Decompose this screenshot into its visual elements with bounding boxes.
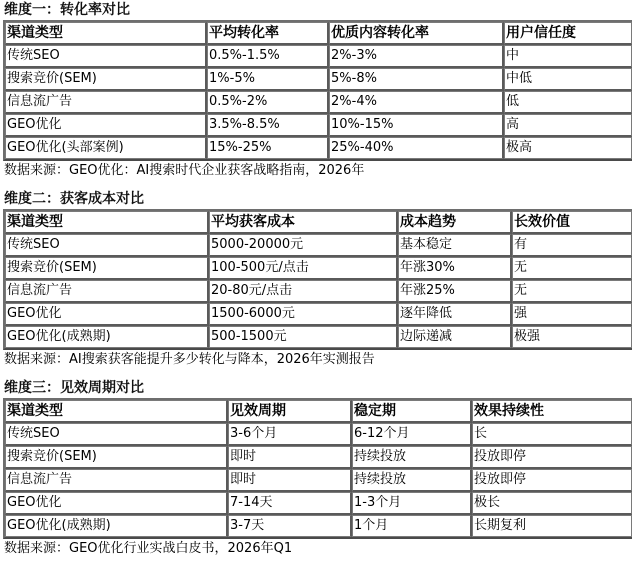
section-conversion-rate: 维度一：转化率对比 渠道类型 平均转化率 优质内容转化率 用户信任度 传统SEO… [0, 0, 632, 181]
table-row: GEO优化 1500-6000元 逐年降低 强 [5, 303, 632, 326]
table-cell: 1-3个月 [352, 492, 472, 515]
section-heading: 维度二：获客成本对比 [0, 189, 632, 209]
table-cell: 25%-40% [329, 137, 504, 159]
table-row: 传统SEO 5000-20000元 基本稳定 有 [5, 234, 632, 257]
column-header: 平均获客成本 [209, 211, 398, 234]
column-header: 用户信任度 [504, 22, 632, 45]
table-cell: 10%-15% [329, 114, 504, 137]
table-cell: 有 [512, 234, 632, 257]
table-row: 搜索竞价(SEM) 即时 持续投放 投放即停 [5, 446, 632, 469]
column-header: 稳定期 [352, 400, 472, 423]
table-cell: GEO优化 [5, 492, 228, 515]
table-cell: 传统SEO [5, 423, 228, 446]
table-cell: 信息流广告 [5, 280, 209, 303]
table-cell: 100-500元/点击 [209, 257, 398, 280]
table-cell: 传统SEO [5, 45, 207, 68]
table-header-row: 渠道类型 平均获客成本 成本趋势 长效价值 [5, 211, 632, 234]
table-cell: 长 [472, 423, 632, 446]
table-cell: 5%-8% [329, 68, 504, 91]
table-cell: 信息流广告 [5, 469, 228, 492]
table-cell: 投放即停 [472, 446, 632, 469]
conversion-rate-table: 渠道类型 平均转化率 优质内容转化率 用户信任度 传统SEO 0.5%-1.5%… [3, 20, 632, 161]
section-heading: 维度三：见效周期对比 [0, 378, 632, 398]
table-cell: 3-7天 [228, 515, 352, 537]
table-cell: 1%-5% [207, 68, 329, 91]
acquisition-cost-table: 渠道类型 平均获客成本 成本趋势 长效价值 传统SEO 5000-20000元 … [3, 209, 632, 350]
table-cell: 无 [512, 257, 632, 280]
table-cell: GEO优化 [5, 114, 207, 137]
column-header: 渠道类型 [5, 22, 207, 45]
section-effect-cycle: 维度三：见效周期对比 渠道类型 见效周期 稳定期 效果持续性 传统SEO 3-6… [0, 378, 632, 559]
table-row: GEO优化(成熟期) 3-7天 1个月 长期复利 [5, 515, 632, 537]
table-cell: 15%-25% [207, 137, 329, 159]
column-header: 渠道类型 [5, 400, 228, 423]
table-row: 搜索竞价(SEM) 100-500元/点击 年涨30% 无 [5, 257, 632, 280]
table-cell: 7-14天 [228, 492, 352, 515]
table-row: 信息流广告 即时 持续投放 投放即停 [5, 469, 632, 492]
table-row: 信息流广告 20-80元/点击 年涨25% 无 [5, 280, 632, 303]
table-cell: 3-6个月 [228, 423, 352, 446]
table-cell: 极强 [512, 326, 632, 348]
table-cell: 5000-20000元 [209, 234, 398, 257]
table-row: 搜索竞价(SEM) 1%-5% 5%-8% 中低 [5, 68, 632, 91]
table-cell: 无 [512, 280, 632, 303]
table-cell: 1500-6000元 [209, 303, 398, 326]
table-cell: 中 [504, 45, 632, 68]
table-cell: 500-1500元 [209, 326, 398, 348]
table-header-row: 渠道类型 见效周期 稳定期 效果持续性 [5, 400, 632, 423]
column-header: 长效价值 [512, 211, 632, 234]
column-header: 成本趋势 [398, 211, 512, 234]
table-row: 传统SEO 0.5%-1.5% 2%-3% 中 [5, 45, 632, 68]
data-source-note: 数据来源：GEO优化行业实战白皮书，2026年Q1 [0, 539, 632, 559]
column-header: 效果持续性 [472, 400, 632, 423]
table-cell: 基本稳定 [398, 234, 512, 257]
table-cell: 搜索竞价(SEM) [5, 446, 228, 469]
table-cell: 中低 [504, 68, 632, 91]
table-cell: 强 [512, 303, 632, 326]
table-cell: 极长 [472, 492, 632, 515]
table-cell: GEO优化 [5, 303, 209, 326]
table-header-row: 渠道类型 平均转化率 优质内容转化率 用户信任度 [5, 22, 632, 45]
table-cell: 长期复利 [472, 515, 632, 537]
table-cell: 6-12个月 [352, 423, 472, 446]
table-row: GEO优化(头部案例) 15%-25% 25%-40% 极高 [5, 137, 632, 159]
table-row: 传统SEO 3-6个月 6-12个月 长 [5, 423, 632, 446]
table-row: GEO优化 3.5%-8.5% 10%-15% 高 [5, 114, 632, 137]
table-cell: 持续投放 [352, 446, 472, 469]
table-cell: 年涨30% [398, 257, 512, 280]
table-cell: 投放即停 [472, 469, 632, 492]
table-cell: 即时 [228, 469, 352, 492]
column-header: 见效周期 [228, 400, 352, 423]
table-cell: GEO优化(头部案例) [5, 137, 207, 159]
data-source-note: 数据来源：AI搜索获客能提升多少转化与降本，2026年实测报告 [0, 350, 632, 370]
section-heading: 维度一：转化率对比 [0, 0, 632, 20]
table-cell: 逐年降低 [398, 303, 512, 326]
column-header: 平均转化率 [207, 22, 329, 45]
table-cell: 2%-3% [329, 45, 504, 68]
table-cell: 搜索竞价(SEM) [5, 68, 207, 91]
section-acquisition-cost: 维度二：获客成本对比 渠道类型 平均获客成本 成本趋势 长效价值 传统SEO 5… [0, 189, 632, 370]
table-row: 信息流广告 0.5%-2% 2%-4% 低 [5, 91, 632, 114]
table-cell: 低 [504, 91, 632, 114]
table-cell: 3.5%-8.5% [207, 114, 329, 137]
table-row: GEO优化 7-14天 1-3个月 极长 [5, 492, 632, 515]
table-cell: 2%-4% [329, 91, 504, 114]
table-cell: 年涨25% [398, 280, 512, 303]
table-cell: 1个月 [352, 515, 472, 537]
table-cell: 传统SEO [5, 234, 209, 257]
table-cell: 高 [504, 114, 632, 137]
column-header: 渠道类型 [5, 211, 209, 234]
table-cell: 20-80元/点击 [209, 280, 398, 303]
data-source-note: 数据来源：GEO优化：AI搜索时代企业获客战略指南，2026年 [0, 161, 632, 181]
table-cell: GEO优化(成熟期) [5, 326, 209, 348]
table-row: GEO优化(成熟期) 500-1500元 边际递减 极强 [5, 326, 632, 348]
table-cell: 即时 [228, 446, 352, 469]
table-cell: GEO优化(成熟期) [5, 515, 228, 537]
table-cell: 0.5%-2% [207, 91, 329, 114]
table-cell: 0.5%-1.5% [207, 45, 329, 68]
table-cell: 极高 [504, 137, 632, 159]
table-cell: 搜索竞价(SEM) [5, 257, 209, 280]
table-cell: 信息流广告 [5, 91, 207, 114]
table-cell: 持续投放 [352, 469, 472, 492]
table-cell: 边际递减 [398, 326, 512, 348]
column-header: 优质内容转化率 [329, 22, 504, 45]
effect-cycle-table: 渠道类型 见效周期 稳定期 效果持续性 传统SEO 3-6个月 6-12个月 长… [3, 398, 632, 539]
